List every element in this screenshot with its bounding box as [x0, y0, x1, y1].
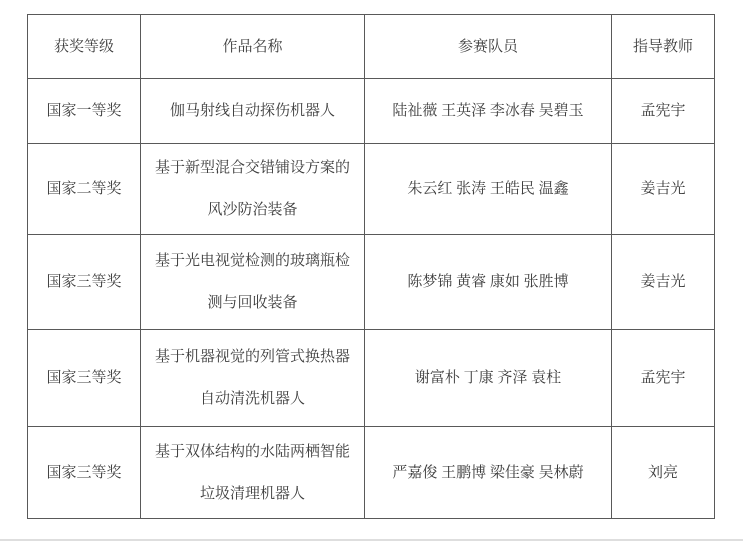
work-name-cell: 基于光电视觉检测的玻璃瓶检测与回收装备: [141, 235, 365, 330]
table-row: 国家一等奖 伽马射线自动探伤机器人 陆祉薇 王英泽 李冰春 吴碧玉 孟宪宇: [28, 79, 715, 144]
team-members-cell: 严嘉俊 王鹏博 梁佳豪 吴林蔚: [365, 427, 612, 519]
award-level-cell: 国家二等奖: [28, 144, 141, 235]
work-name-cell: 基于双体结构的水陆两栖智能垃圾清理机器人: [141, 427, 365, 519]
work-name-cell: 伽马射线自动探伤机器人: [141, 79, 365, 144]
award-level-cell: 国家三等奖: [28, 427, 141, 519]
page-bottom-edge: [0, 539, 743, 541]
table-header-row: 获奖等级 作品名称 参赛队员 指导教师: [28, 15, 715, 79]
team-members-cell: 陈梦锦 黄睿 康如 张胜博: [365, 235, 612, 330]
team-members-cell: 朱云红 张涛 王皓民 温鑫: [365, 144, 612, 235]
award-level-cell: 国家一等奖: [28, 79, 141, 144]
award-level-cell: 国家三等奖: [28, 330, 141, 427]
advisor-cell: 姜吉光: [612, 144, 715, 235]
team-members-cell: 陆祉薇 王英泽 李冰春 吴碧玉: [365, 79, 612, 144]
advisor-cell: 刘亮: [612, 427, 715, 519]
awards-table: 获奖等级 作品名称 参赛队员 指导教师 国家一等奖 伽马射线自动探伤机器人 陆祉…: [27, 14, 715, 519]
team-members-cell: 谢富朴 丁康 齐泽 袁柱: [365, 330, 612, 427]
header-team-members: 参赛队员: [365, 15, 612, 79]
work-name-cell: 基于新型混合交错铺设方案的风沙防治装备: [141, 144, 365, 235]
advisor-cell: 孟宪宇: [612, 330, 715, 427]
table-row: 国家二等奖 基于新型混合交错铺设方案的风沙防治装备 朱云红 张涛 王皓民 温鑫 …: [28, 144, 715, 235]
header-advisor: 指导教师: [612, 15, 715, 79]
table-row: 国家三等奖 基于机器视觉的列管式换热器自动清洗机器人 谢富朴 丁康 齐泽 袁柱 …: [28, 330, 715, 427]
document-page: 获奖等级 作品名称 参赛队员 指导教师 国家一等奖 伽马射线自动探伤机器人 陆祉…: [0, 0, 743, 546]
table-row: 国家三等奖 基于光电视觉检测的玻璃瓶检测与回收装备 陈梦锦 黄睿 康如 张胜博 …: [28, 235, 715, 330]
header-work-name: 作品名称: [141, 15, 365, 79]
advisor-cell: 姜吉光: [612, 235, 715, 330]
award-level-cell: 国家三等奖: [28, 235, 141, 330]
table-row: 国家三等奖 基于双体结构的水陆两栖智能垃圾清理机器人 严嘉俊 王鹏博 梁佳豪 吴…: [28, 427, 715, 519]
header-award-level: 获奖等级: [28, 15, 141, 79]
work-name-cell: 基于机器视觉的列管式换热器自动清洗机器人: [141, 330, 365, 427]
advisor-cell: 孟宪宇: [612, 79, 715, 144]
